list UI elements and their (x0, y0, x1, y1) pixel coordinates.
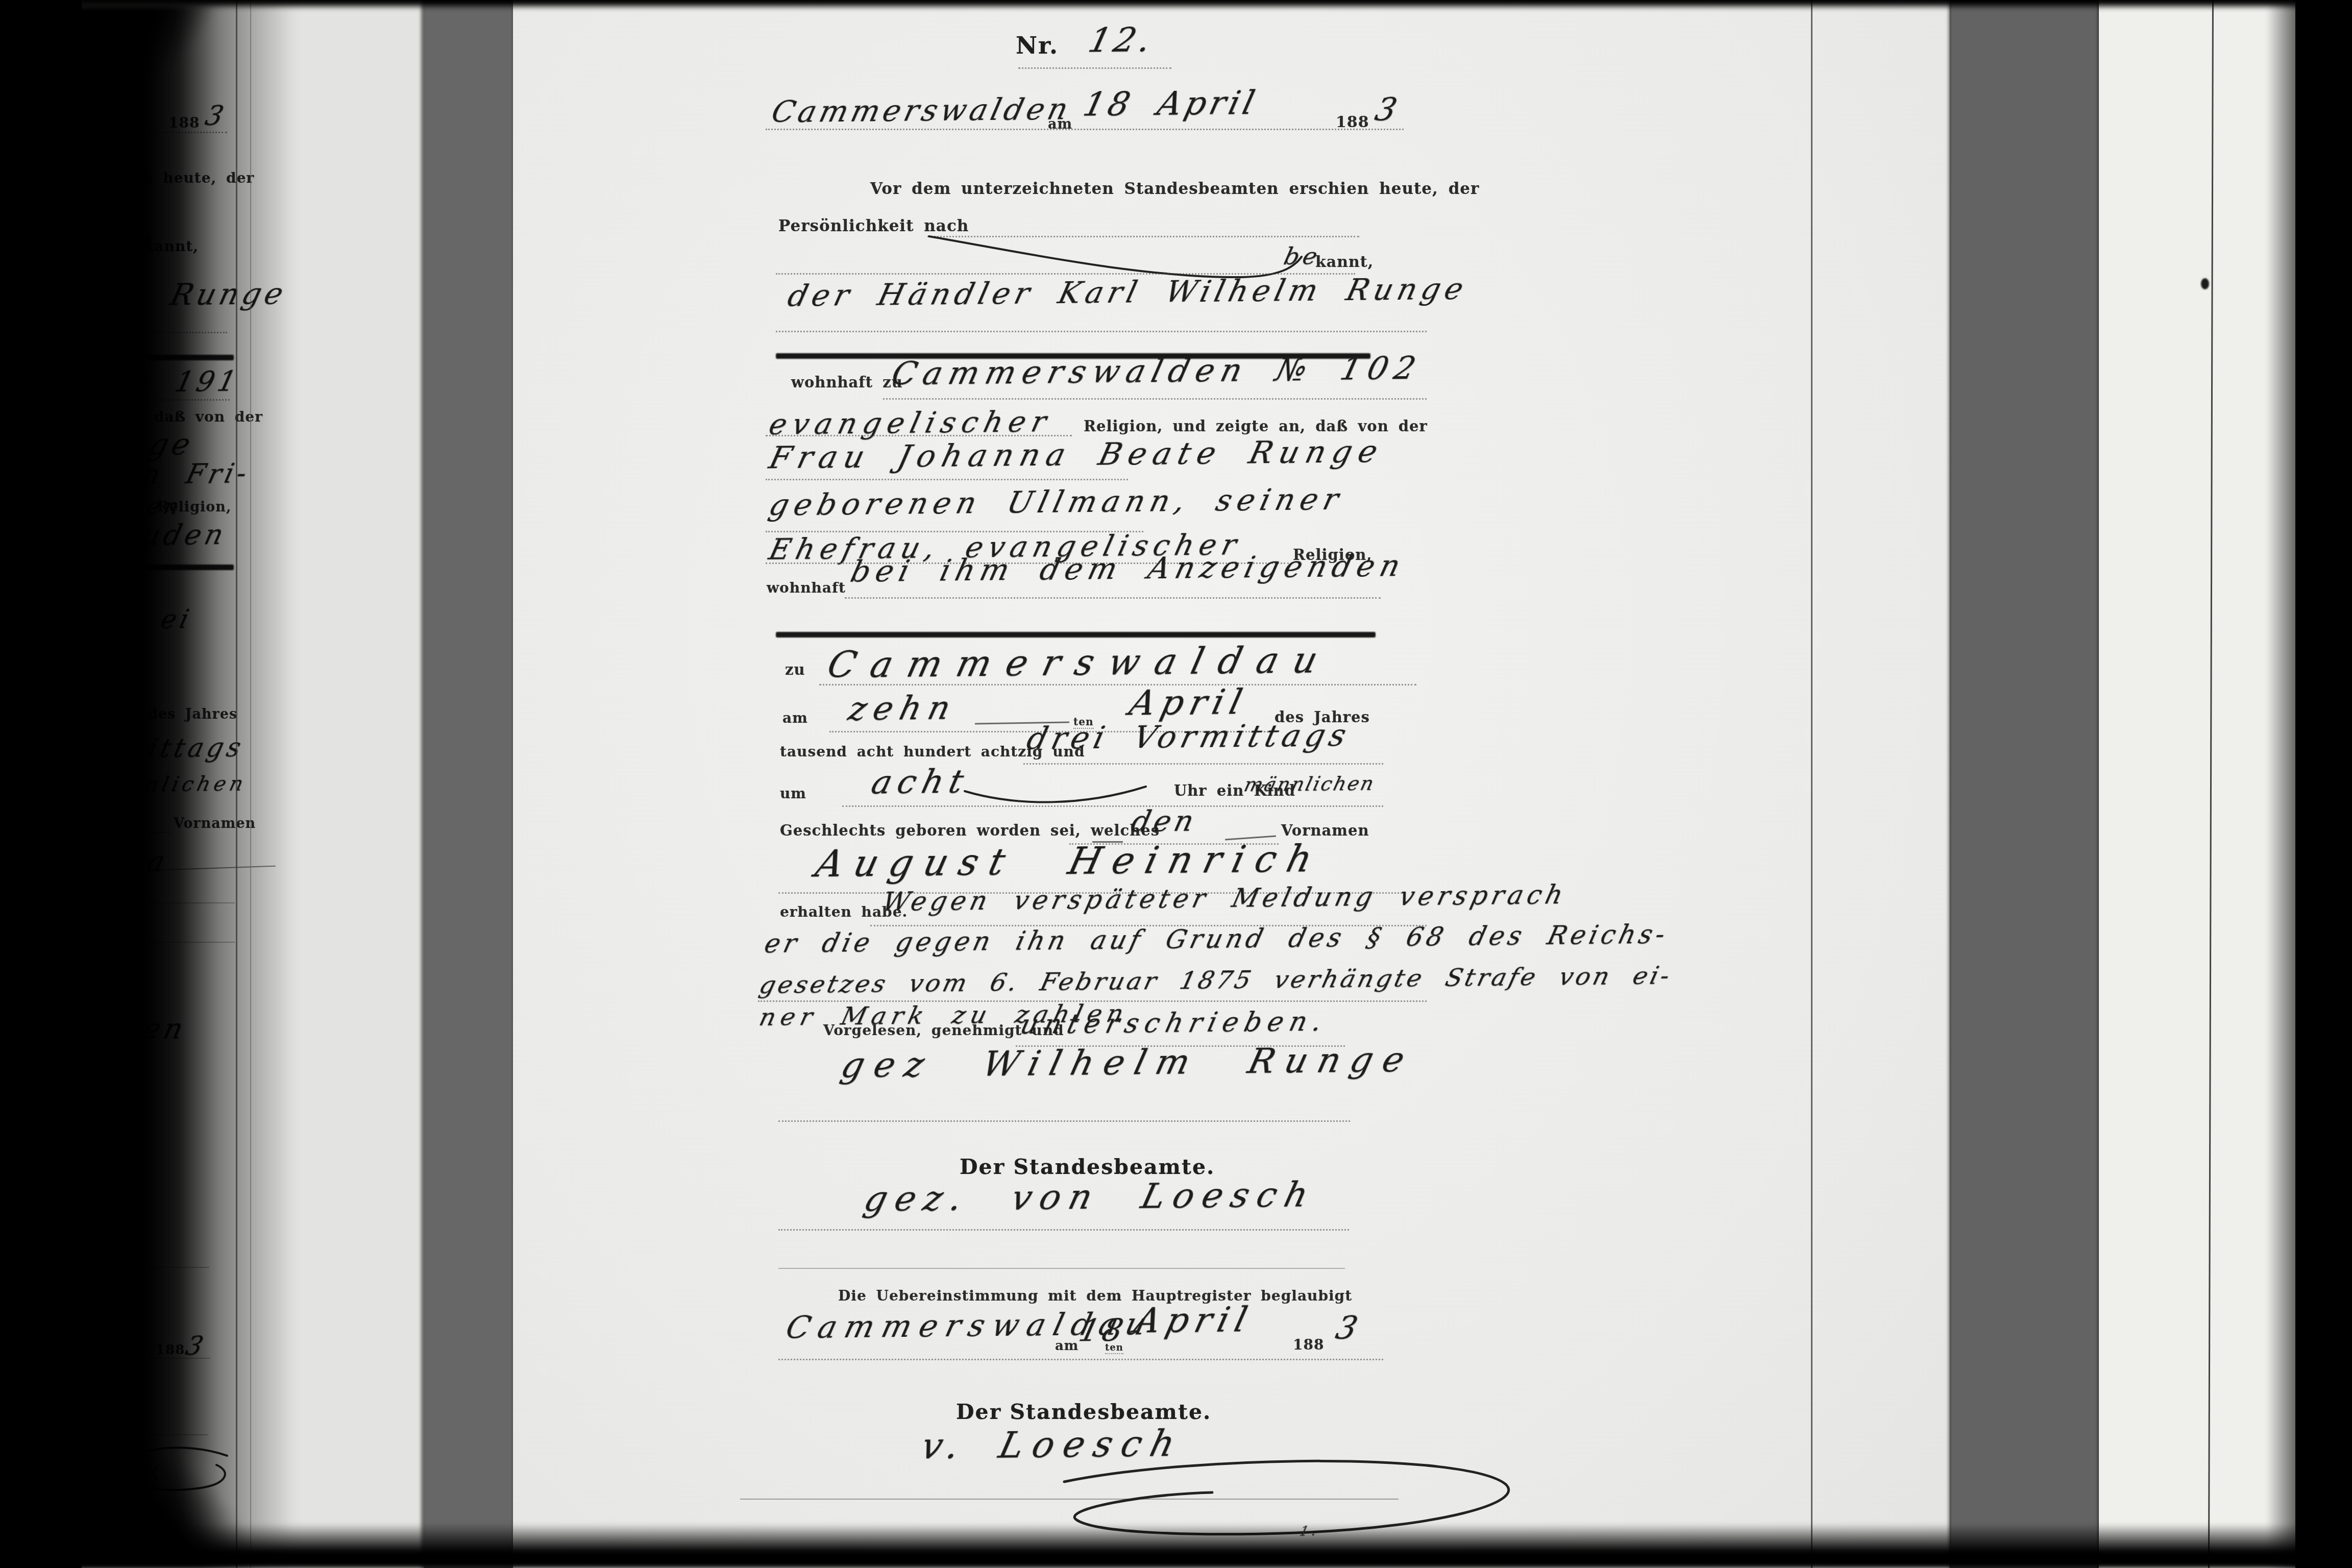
left-mittags-tail: mittags (117, 732, 248, 764)
pen-dash-curve (962, 783, 1151, 814)
bekannt-printed: kannt, (1315, 253, 1374, 271)
ruled-line (778, 1229, 1349, 1231)
ruled-line (766, 129, 1404, 130)
religion1-printed: Religion, und zeigte an, daß von der (1084, 418, 1428, 435)
left-cert-year-printed: 188 (156, 1342, 185, 1358)
left-ruled-line (116, 1434, 208, 1435)
left-surname: Runge (74, 427, 198, 462)
cert-year-printed: 188 (1293, 1336, 1324, 1353)
child-names-value: August Heinrich (812, 837, 1328, 885)
wohnhaft2-value: bei ihm dem Anzeigenden (847, 548, 1409, 589)
unterschrieben-value: unterschrieben. (1017, 1007, 1331, 1040)
left-des-jahres: des Jahres (148, 706, 237, 722)
left-section-rule (77, 355, 234, 360)
ruled-line (819, 684, 1416, 685)
ruled-line (778, 1120, 1350, 1122)
am2-label: am (782, 709, 808, 726)
record-no-label: Nr. (1016, 32, 1059, 59)
ruled-line (845, 597, 1381, 599)
left-bekannt-printed: kannt, (144, 238, 199, 255)
left-date-tail: il (116, 100, 149, 132)
left-ruled-line (77, 332, 227, 333)
left-ruled-line (117, 1267, 209, 1268)
ruled-line (1023, 763, 1383, 765)
left-vornamen: Vornamen (174, 816, 256, 831)
right-sheet-edge-line (2208, 0, 2214, 1568)
place-line-year-hw: 3 (1371, 91, 1404, 128)
left-line-tail: ne ei (96, 604, 195, 635)
year-words-hw: drei Vormittags (1023, 717, 1354, 756)
left-ruled-line (105, 132, 227, 133)
section-rule (776, 632, 1376, 638)
mother-name-line2: geborenen Ullmann, seiner (766, 481, 1347, 522)
wohnhaft2-printed: wohnhaft (767, 579, 846, 596)
intro-line: Vor dem unterzeichneten Standesbeamten e… (870, 180, 1479, 198)
cert-year-hw: 3 (1332, 1309, 1365, 1346)
beglaubigt-line: Die Uebereinstimmung mit dem Hauptregist… (838, 1287, 1352, 1304)
left-page: il 188 3 erschien heute, der be kannt, r… (77, 0, 424, 1568)
birthplace-value: Cammerswaldau (823, 639, 1337, 686)
residence-value: Cammerswalden № 102 (888, 349, 1426, 392)
left-cert-year-hw: 3 (183, 1331, 210, 1361)
declarant-name: der Händler Karl Wilhelm Runge (785, 271, 1472, 313)
cert-am: am (1055, 1338, 1079, 1354)
left-page-margin-line (236, 0, 237, 1568)
standesbeamte-heading-2: Der Standesbeamte. (956, 1400, 1211, 1424)
ruled-line (766, 435, 1072, 436)
film-gap-stripe (1949, 0, 2099, 1568)
ruled-line (842, 805, 1383, 807)
left-religion-printed: Religion, (157, 499, 231, 515)
birthday-value: zehn (845, 689, 961, 728)
left-frau-tail: rau (79, 576, 145, 609)
ruled-line (778, 1359, 1383, 1360)
left-ruled-line (112, 1358, 210, 1359)
left-unterschrift-tail: ben (117, 1013, 190, 1046)
left-section-rule (77, 565, 234, 570)
left-name-tail: rich Runge (69, 276, 290, 313)
left-an-dass: an, daß von der (118, 408, 263, 425)
wohnhaft-zu-label: wohnhaft zu (791, 374, 903, 391)
signature-declarant: gez Wilhelm Runge (837, 1039, 1419, 1086)
signature-registrar-1: gez. von Loesch (860, 1174, 1320, 1219)
left-page-margin-line (250, 0, 251, 1568)
record-no-value: 12. (1085, 20, 1159, 60)
gender-value: männlichen (1242, 772, 1378, 796)
left-date-year-printed: 188 (168, 114, 200, 131)
ruled-line (778, 1268, 1345, 1269)
penalty-line3: gesetzes vom 6. Februar 1875 verhängte S… (756, 961, 1675, 999)
ruled-line (883, 398, 1427, 400)
hour-value: acht (868, 763, 973, 801)
left-name-fragment: nna (101, 846, 171, 878)
left-date-year-hw: 3 (202, 101, 230, 132)
ruled-line (1018, 67, 1171, 69)
page-mark: 1. (1298, 1524, 1321, 1539)
left-ruled-line (105, 902, 235, 903)
left-ruled-line (105, 942, 235, 943)
left-maennlichen-tail: ännlichen (110, 772, 249, 797)
place-line-date: 18 April (1080, 84, 1262, 124)
film-gap-stripe (421, 0, 514, 1568)
left-place-tail: auden (118, 519, 230, 552)
signature-flourish (1044, 1459, 1554, 1543)
left-dash (112, 832, 171, 833)
main-page-edge-line (1811, 0, 1812, 1568)
left-check-mark: ↳ (116, 1294, 143, 1317)
left-ruled-line (97, 399, 230, 401)
left-erschien-line: erschien heute, der (81, 169, 254, 186)
registry-photo: il 188 3 erschien heute, der be kannt, r… (0, 0, 2352, 1568)
article-value: den (1128, 805, 1200, 839)
ink-spot (2201, 278, 2209, 289)
zu-label: zu (785, 661, 805, 678)
film-border-left (0, 0, 82, 1568)
um-label: um (780, 785, 806, 802)
penalty-line1: Wegen verspäteter Meldung versprach (879, 880, 1570, 917)
left-geborenen-tail: önen Fri- (79, 459, 253, 491)
right-sheet-strip (2099, 0, 2295, 1568)
left-name-tail-stroke (148, 866, 276, 871)
main-page: Nr. 12. Cammerswalden am 18 April 188 3 … (513, 0, 1950, 1568)
left-signature-flourish (107, 1439, 240, 1501)
birthmonth-value: April (1125, 682, 1252, 723)
left-house-no: № 191 (118, 365, 243, 399)
geschlechts-label: Geschlechts geboren worden sei, welches (780, 822, 1160, 839)
cert-ten: ten (1105, 1342, 1123, 1354)
place-line-place: Cammerswalden (768, 91, 1075, 129)
cert-month: April (1131, 1300, 1257, 1341)
mother-name-line1: Frau Johanna Beate Runge (766, 433, 1388, 476)
ruled-line (776, 331, 1427, 332)
ruled-line (766, 479, 1128, 480)
